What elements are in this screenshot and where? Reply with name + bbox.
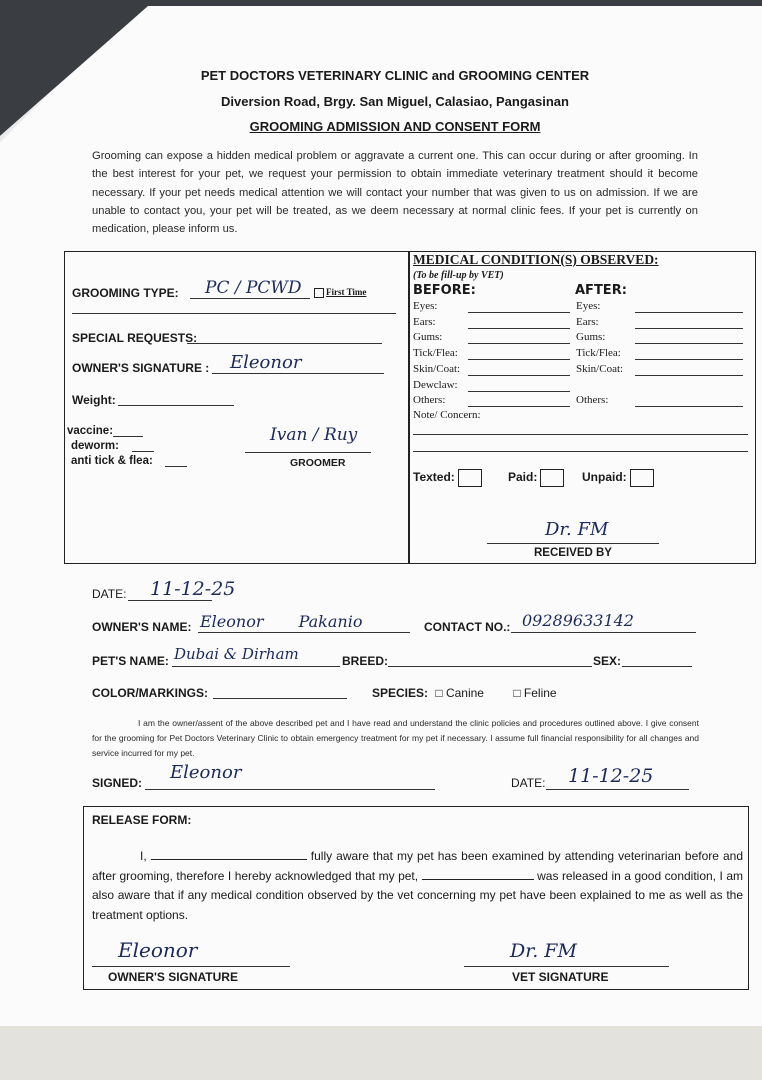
clinic-name: PET DOCTORS VETERINARY CLINIC and GROOMI…: [0, 68, 762, 83]
pet-name-field[interactable]: [172, 666, 340, 667]
signed-field[interactable]: [145, 789, 435, 790]
medical-after-field[interactable]: [635, 375, 743, 376]
medical-before-label: Eyes:: [413, 300, 437, 312]
breed-label: BREED:: [342, 654, 388, 668]
release-title: RELEASE FORM:: [92, 813, 191, 827]
received-by-field[interactable]: [487, 543, 659, 544]
consent-date-handwriting: 11-12-25: [568, 765, 653, 787]
grooming-type-label: GROOMING TYPE:: [72, 286, 179, 300]
groomer-label: GROOMER: [290, 457, 345, 469]
received-by-handwriting: Dr. FM: [545, 519, 608, 540]
unpaid-box[interactable]: [630, 469, 654, 487]
groomer-handwriting: Ivan / Ruy: [270, 425, 357, 445]
medical-after-field[interactable]: [635, 328, 743, 329]
medical-after-field[interactable]: [635, 312, 743, 313]
owner-name-handwriting: Eleonor Pakanio: [200, 612, 362, 631]
grooming-type-value: PC / PCWD: [205, 278, 302, 298]
pet-name-label: PET'S NAME:: [92, 654, 169, 668]
deworm-field[interactable]: [132, 451, 154, 452]
owner-name-label: OWNER'S NAME:: [92, 620, 192, 634]
medical-before-label: Others:: [413, 394, 445, 406]
medical-after-field[interactable]: [635, 343, 743, 344]
groomer-field[interactable]: [245, 452, 371, 453]
note-field-line-2[interactable]: [413, 451, 748, 452]
release-paragraph: I, fully aware that my pet has been exam…: [92, 847, 743, 925]
texted-box[interactable]: [458, 469, 482, 487]
medical-after-label: Tick/Flea:: [576, 347, 621, 359]
release-owner-signature-label: OWNER'S SIGNATURE: [108, 970, 238, 984]
vaccine-label: vaccine:: [67, 425, 113, 437]
release-owner-signature-handwriting: Eleonor: [118, 938, 197, 962]
medical-after-label: Eyes:: [576, 300, 600, 312]
canine-label: Canine: [446, 686, 484, 700]
consent-date-label: DATE:: [511, 776, 545, 790]
medical-before-field[interactable]: [468, 359, 570, 360]
texted-checkbox[interactable]: Texted:: [413, 469, 482, 487]
medical-after-label: Skin/Coat:: [576, 363, 623, 375]
species-canine-option[interactable]: □ Canine: [435, 686, 484, 700]
consent-statement: I am the owner/assent of the above descr…: [92, 716, 699, 761]
contact-label: CONTACT NO.:: [424, 620, 510, 634]
consent-date-field[interactable]: [546, 789, 689, 790]
weight-label: Weight:: [72, 393, 116, 407]
breed-field[interactable]: [388, 666, 592, 667]
first-time-checkbox[interactable]: First Time: [314, 287, 366, 298]
medical-before-label: Skin/Coat:: [413, 363, 460, 375]
medical-before-label: Ears:: [413, 316, 436, 328]
paid-label: Paid:: [508, 470, 537, 484]
release-text-1: I,: [140, 849, 147, 863]
grooming-type-field[interactable]: [190, 298, 310, 299]
vet-signature-label: VET SIGNATURE: [512, 970, 608, 984]
medical-after-field[interactable]: [635, 406, 743, 407]
first-time-label: First Time: [326, 287, 366, 297]
species-group: SPECIES: □ Canine □ Feline: [372, 686, 557, 700]
medical-before-label: Tick/Flea:: [413, 347, 458, 359]
medical-after-label: Others:: [576, 394, 608, 406]
first-time-box[interactable]: [314, 288, 324, 298]
medical-title: MEDICAL CONDITION(S) OBSERVED:: [413, 252, 659, 268]
note-label: Note/ Concern:: [413, 409, 481, 421]
anti-tick-label: anti tick & flea:: [71, 455, 153, 467]
medical-after-label: Gums:: [576, 331, 605, 343]
sex-field[interactable]: [622, 666, 692, 667]
medical-before-field[interactable]: [468, 391, 570, 392]
date-handwriting: 11-12-25: [150, 578, 235, 600]
anti-tick-field[interactable]: [165, 466, 187, 467]
species-label: SPECIES:: [372, 686, 428, 700]
owner-signature-label: OWNER'S SIGNATURE :: [72, 361, 209, 375]
medical-after-field[interactable]: [635, 359, 743, 360]
medical-after-label: Ears:: [576, 316, 599, 328]
texted-label: Texted:: [413, 470, 455, 484]
date-field[interactable]: [128, 600, 212, 601]
pet-name-handwriting: Dubai & Dirham: [174, 645, 299, 663]
medical-subtitle: (To be fill-up by VET): [413, 270, 504, 281]
grooming-type-extra-line[interactable]: [72, 313, 396, 314]
unpaid-checkbox[interactable]: Unpaid:: [582, 469, 654, 487]
signed-label: SIGNED:: [92, 776, 142, 790]
paid-checkbox[interactable]: Paid:: [508, 469, 564, 487]
form-title: GROOMING ADMISSION AND CONSENT FORM: [0, 119, 762, 134]
date-label: DATE:: [92, 587, 126, 601]
medical-before-label: Gums:: [413, 331, 442, 343]
medical-before-label: Dewclaw:: [413, 379, 458, 391]
vet-signature-handwriting: Dr. FM: [510, 940, 577, 962]
release-owner-name-field[interactable]: [151, 847, 307, 860]
vet-signature-field[interactable]: [464, 966, 669, 967]
vaccine-field[interactable]: [113, 436, 143, 437]
sex-label: SEX:: [593, 654, 621, 668]
medical-before-field[interactable]: [468, 406, 570, 407]
signed-handwriting: Eleonor: [170, 762, 241, 783]
paid-box[interactable]: [540, 469, 564, 487]
scanner-bottom-edge: [0, 1026, 762, 1080]
medical-before-field[interactable]: [468, 312, 570, 313]
deworm-label: deworm:: [71, 440, 119, 452]
feline-label: Feline: [524, 686, 557, 700]
before-heading: BEFORE:: [413, 283, 476, 298]
note-field-line-1[interactable]: [413, 434, 748, 435]
clinic-address: Diversion Road, Brgy. San Miguel, Calasi…: [0, 94, 762, 109]
release-owner-signature-field[interactable]: [92, 966, 290, 967]
received-by-label: RECEIVED BY: [534, 547, 612, 559]
owner-signature-handwriting: Eleonor: [230, 352, 301, 373]
species-feline-option[interactable]: □ Feline: [513, 686, 556, 700]
special-requests-label: SPECIAL REQUESTS:: [72, 331, 197, 345]
owner-name-field[interactable]: [198, 632, 410, 633]
color-markings-label: COLOR/MARKINGS:: [92, 686, 208, 700]
special-requests-field[interactable]: [187, 343, 382, 344]
release-pet-name-field[interactable]: [422, 867, 534, 880]
medical-before-field[interactable]: [468, 375, 570, 376]
medical-before-field[interactable]: [468, 328, 570, 329]
intro-paragraph: Grooming can expose a hidden medical pro…: [92, 147, 698, 238]
owner-signature-field[interactable]: [212, 373, 384, 374]
contact-field[interactable]: [511, 632, 696, 633]
unpaid-label: Unpaid:: [582, 470, 627, 484]
contact-handwriting: 09289633142: [522, 611, 634, 630]
after-heading: AFTER:: [575, 283, 627, 298]
medical-before-field[interactable]: [468, 343, 570, 344]
weight-field[interactable]: [118, 405, 234, 406]
color-markings-field[interactable]: [213, 698, 347, 699]
